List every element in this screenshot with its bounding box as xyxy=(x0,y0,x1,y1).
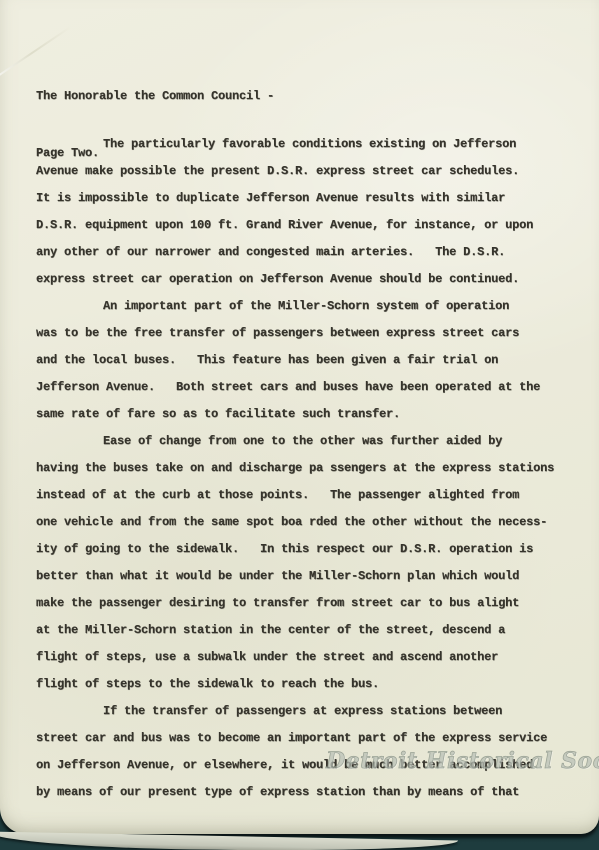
document-line: It is impossible to duplicate Jefferson … xyxy=(36,185,576,212)
document-line: make the passenger desiring to transfer … xyxy=(36,590,576,617)
document-line: Ease of change from one to the other was… xyxy=(36,428,576,455)
document-line: instead of at the curb at those points. … xyxy=(36,482,576,509)
watermark: Detroit Historical Society xyxy=(326,748,599,774)
document-line: express street car operation on Jefferso… xyxy=(36,266,576,293)
document-line: having the buses take on and discharge p… xyxy=(36,455,576,482)
document-line: An important part of the Miller-Schorn s… xyxy=(36,293,576,320)
document-line: If the transfer of passengers at express… xyxy=(36,698,576,725)
document-line: by means of our present type of express … xyxy=(36,779,576,806)
document-line: The particularly favorable conditions ex… xyxy=(36,131,576,158)
document-line: any other of our narrower and congested … xyxy=(36,239,576,266)
document-line: better than what it would be under the M… xyxy=(36,563,576,590)
document-line: flight of steps, use a subwalk under the… xyxy=(36,644,576,671)
document-line: and the local buses. This feature has be… xyxy=(36,347,576,374)
document-line: at the Miller-Schorn station in the cent… xyxy=(36,617,576,644)
document-page: The Honorable the Common Council - Page … xyxy=(0,0,599,834)
document-line: flight of steps to the sidewalk to reach… xyxy=(36,671,576,698)
document-line: one vehicle and from the same spot boa r… xyxy=(36,509,576,536)
document-line: was to be the free transfer of passenger… xyxy=(36,320,576,347)
header-line-recipient: The Honorable the Common Council - xyxy=(36,87,274,106)
document-line: Jefferson Avenue. Both street cars and b… xyxy=(36,374,576,401)
document-line: ity of going to the sidewalk. In this re… xyxy=(36,536,576,563)
document-line: Avenue make possible the present D.S.R. … xyxy=(36,158,576,185)
document-line: same rate of fare so as to facilitate su… xyxy=(36,401,576,428)
document-body: The particularly favorable conditions ex… xyxy=(36,131,576,806)
document-line: D.S.R. equipment upon 100 ft. Grand Rive… xyxy=(36,212,576,239)
underlying-sheet-edge xyxy=(0,831,458,850)
